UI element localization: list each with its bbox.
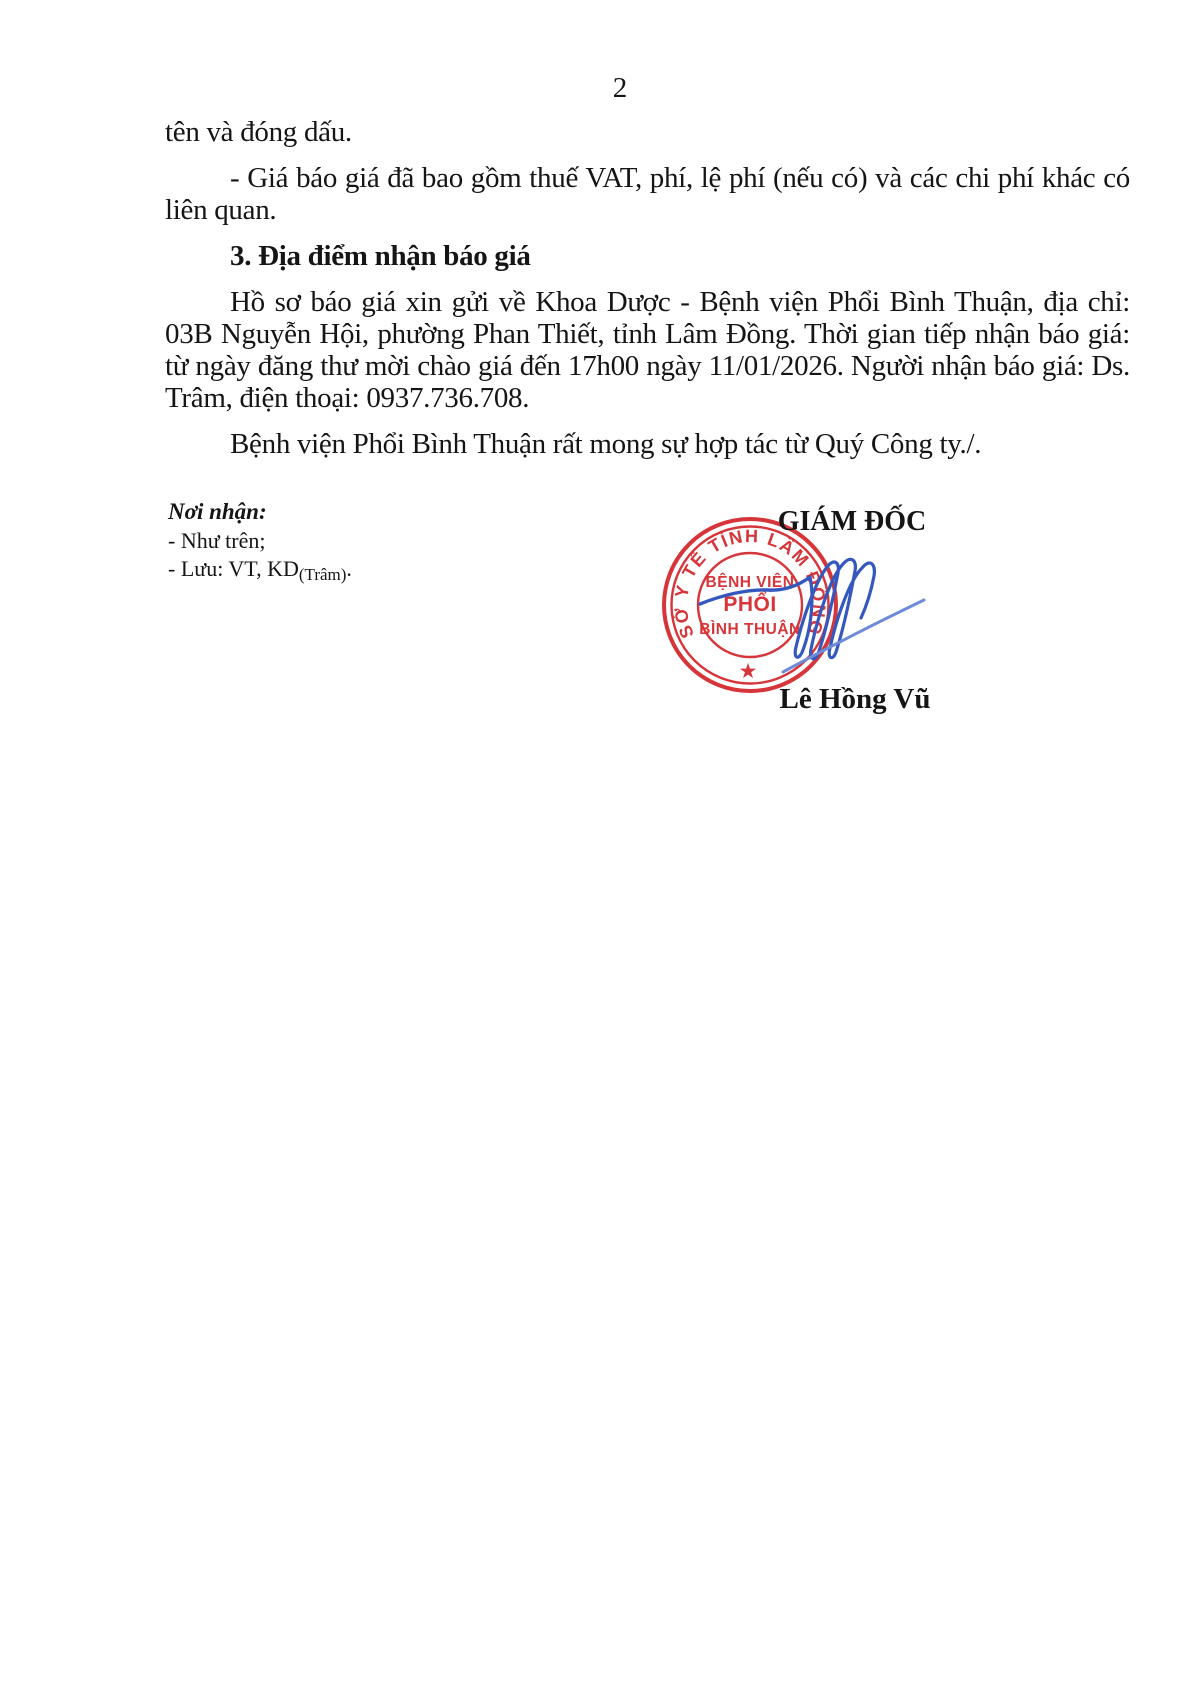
recipients-block: Nơi nhận: - Như trên; - Lưu: VT, KD(Trâm… <box>168 497 352 589</box>
signature-tail-stroke <box>783 600 924 672</box>
signer-name: Lê Hồng Vũ <box>727 682 983 716</box>
recipients-item: - Như trên; <box>168 527 352 555</box>
document-body: tên và đóng dấu. - Giá báo giá đã bao gồ… <box>165 116 1130 474</box>
paragraph-closing: Bệnh viện Phổi Bình Thuận rất mong sự hợ… <box>165 428 1130 460</box>
paragraph-continuation: tên và đóng dấu. <box>165 116 1130 148</box>
recipients-item-period: . <box>346 556 352 581</box>
director-signature-ink <box>650 540 1050 690</box>
section-heading: 3. Địa điểm nhận báo giá <box>165 240 1130 272</box>
recipients-item-text: - Lưu: VT, KD <box>168 556 299 581</box>
page-number: 2 <box>585 72 655 104</box>
document-page: 2 tên và đóng dấu. - Giá báo giá đã bao … <box>0 0 1190 1684</box>
recipients-item: - Lưu: VT, KD(Trâm). <box>168 555 352 589</box>
recipients-label: Nơi nhận: <box>168 497 352 527</box>
signer-title: GIÁM ĐỐC <box>722 506 982 538</box>
paragraph-vat-note: - Giá báo giá đã bao gồm thuế VAT, phí, … <box>165 162 1130 226</box>
signature-entry-stroke <box>700 577 810 604</box>
recipients-item-subtext: (Trâm) <box>299 565 347 584</box>
paragraph-address: Hồ sơ báo giá xin gửi về Khoa Dược - Bện… <box>165 286 1130 414</box>
